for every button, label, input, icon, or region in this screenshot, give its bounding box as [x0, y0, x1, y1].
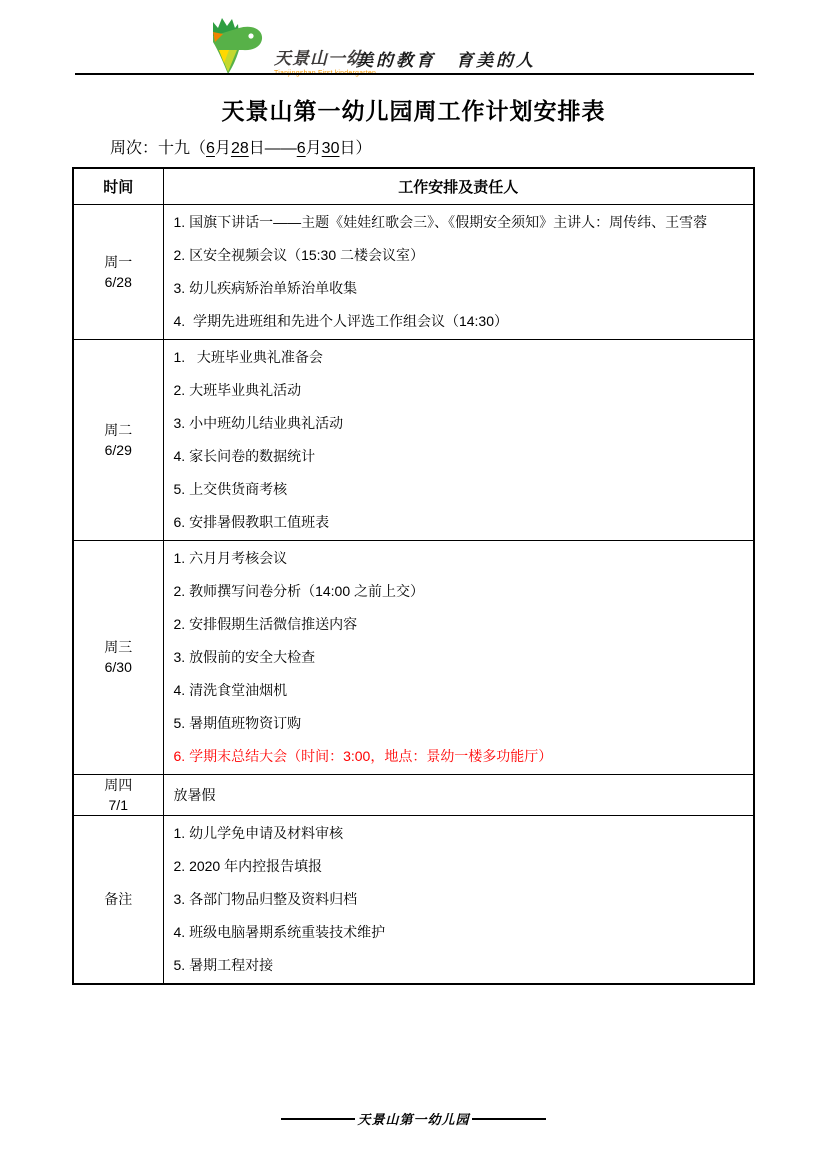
time-cell: 备注: [73, 815, 163, 984]
week-prefix: 周次：十九（: [110, 140, 206, 157]
page-footer: 天景山第一幼儿园: [0, 1109, 827, 1128]
table-row: 周二6/291. 大班毕业典礼准备会2. 大班毕业典礼活动3. 小中班幼儿结业典…: [73, 339, 754, 540]
week-suffix: 日）: [339, 140, 371, 157]
weekly-plan-table: 时间 工作安排及责任人 周一6/281. 国旗下讲话一——主题《娃娃红歌会三》、…: [72, 167, 755, 985]
day-label: 备注: [74, 889, 163, 909]
letterhead-rule: [75, 73, 754, 75]
letterhead: 天景山一幼 Tianjingshan First kindergarten 美的…: [0, 0, 827, 78]
document-page: 天景山一幼 Tianjingshan First kindergarten 美的…: [0, 0, 827, 1170]
tasks-cell: 1. 幼儿学免申请及材料审核2. 2020 年内控报告填报3. 各部门物品归整及…: [163, 815, 754, 984]
week-month2-unit: 月: [306, 140, 322, 157]
task-item: 4. 清洗食堂油烟机: [174, 674, 746, 707]
task-item: 1. 国旗下讲话一——主题《娃娃红歌会三》、《假期安全须知》主讲人：周传纬、王雪…: [174, 206, 746, 239]
task-item: 3. 小中班幼儿结业典礼活动: [174, 407, 746, 440]
task-item: 5. 上交供货商考核: [174, 473, 746, 506]
week-day1: 28: [231, 140, 249, 157]
task-item: 5. 暑期工程对接: [174, 949, 746, 982]
task-item: 2. 教师撰写问卷分析（14:00 之前上交）: [174, 575, 746, 608]
day-label: 周三: [74, 637, 163, 657]
tasks-cell: 1. 大班毕业典礼准备会2. 大班毕业典礼活动3. 小中班幼儿结业典礼活动4. …: [163, 339, 754, 540]
logo-bird-icon: [205, 16, 271, 74]
task-item: 3. 放假前的安全大检查: [174, 641, 746, 674]
table-row: 备注1. 幼儿学免申请及材料审核2. 2020 年内控报告填报3. 各部门物品归…: [73, 815, 754, 984]
task-item: 1. 幼儿学免申请及材料审核: [174, 817, 746, 850]
task-item: 6. 安排暑假教职工值班表: [174, 506, 746, 539]
column-header-work: 工作安排及责任人: [163, 168, 754, 204]
column-header-time: 时间: [73, 168, 163, 204]
task-item: 2. 安排假期生活微信推送内容: [174, 608, 746, 641]
task-item: 3. 幼儿疾病矫治单矫治单收集: [174, 272, 746, 305]
date-label: 7/1: [74, 795, 163, 815]
time-cell: 周三6/30: [73, 540, 163, 774]
task-item: 4. 家长问卷的数据统计: [174, 440, 746, 473]
time-cell: 周一6/28: [73, 204, 163, 339]
table-row: 周三6/301. 六月月考核会议2. 教师撰写问卷分析（14:00 之前上交）2…: [73, 540, 754, 774]
kindergarten-logo-icon: [205, 16, 271, 74]
date-label: 6/30: [74, 657, 163, 677]
document-title: 天景山第一幼儿园周工作计划安排表: [0, 96, 827, 126]
task-item: 2. 2020 年内控报告填报: [174, 850, 746, 883]
task-item: 1. 六月月考核会议: [174, 542, 746, 575]
table-body: 周一6/281. 国旗下讲话一——主题《娃娃红歌会三》、《假期安全须知》主讲人：…: [73, 204, 754, 984]
tasks-cell: 放暑假: [163, 774, 754, 815]
task-item: 5. 暑期值班物资订购: [174, 707, 746, 740]
day-label: 周二: [74, 420, 163, 440]
task-item: 1. 大班毕业典礼准备会: [174, 341, 746, 374]
task-item: 4. 学期先进班组和先进个人评选工作组会议（14:30）: [174, 305, 746, 338]
task-item: 放暑假: [174, 778, 746, 811]
footer-text: 天景山第一幼儿园: [355, 1109, 471, 1128]
week-day2: 30: [322, 140, 340, 157]
table-row: 周一6/281. 国旗下讲话一——主题《娃娃红歌会三》、《假期安全须知》主讲人：…: [73, 204, 754, 339]
task-item: 4. 班级电脑暑期系统重装技术维护: [174, 916, 746, 949]
table-header-row: 时间 工作安排及责任人: [73, 168, 754, 204]
day-label: 周四: [74, 775, 163, 795]
table-row: 周四7/1放暑假: [73, 774, 754, 815]
tasks-cell: 1. 国旗下讲话一——主题《娃娃红歌会三》、《假期安全须知》主讲人：周传纬、王雪…: [163, 204, 754, 339]
time-cell: 周二6/29: [73, 339, 163, 540]
task-item: 2. 大班毕业典礼活动: [174, 374, 746, 407]
day-label: 周一: [74, 252, 163, 272]
week-month1-unit: 月: [215, 140, 231, 157]
week-day1-unit: 日——: [249, 140, 297, 157]
time-cell: 周四7/1: [73, 774, 163, 815]
week-month2: 6: [297, 140, 306, 157]
task-item: 6. 学期末总结大会（时间：3:00，地点：景幼一楼多功能厅）: [174, 740, 746, 773]
footer-left-rule: [281, 1118, 355, 1120]
tasks-cell: 1. 六月月考核会议2. 教师撰写问卷分析（14:00 之前上交）2. 安排假期…: [163, 540, 754, 774]
footer-right-rule: [472, 1118, 546, 1120]
week-month1: 6: [206, 140, 215, 157]
week-line: 周次：十九（6月28日——6月30日）: [110, 138, 827, 160]
task-item: 2. 区安全视频会议（15:30 二楼会议室）: [174, 239, 746, 272]
letterhead-tagline: 美的教育 育美的人: [356, 46, 536, 71]
task-item: 3. 各部门物品归整及资料归档: [174, 883, 746, 916]
date-label: 6/29: [74, 440, 163, 460]
date-label: 6/28: [74, 272, 163, 292]
document-content: 天景山第一幼儿园周工作计划安排表 周次：十九（6月28日——6月30日） 时间 …: [0, 96, 827, 985]
